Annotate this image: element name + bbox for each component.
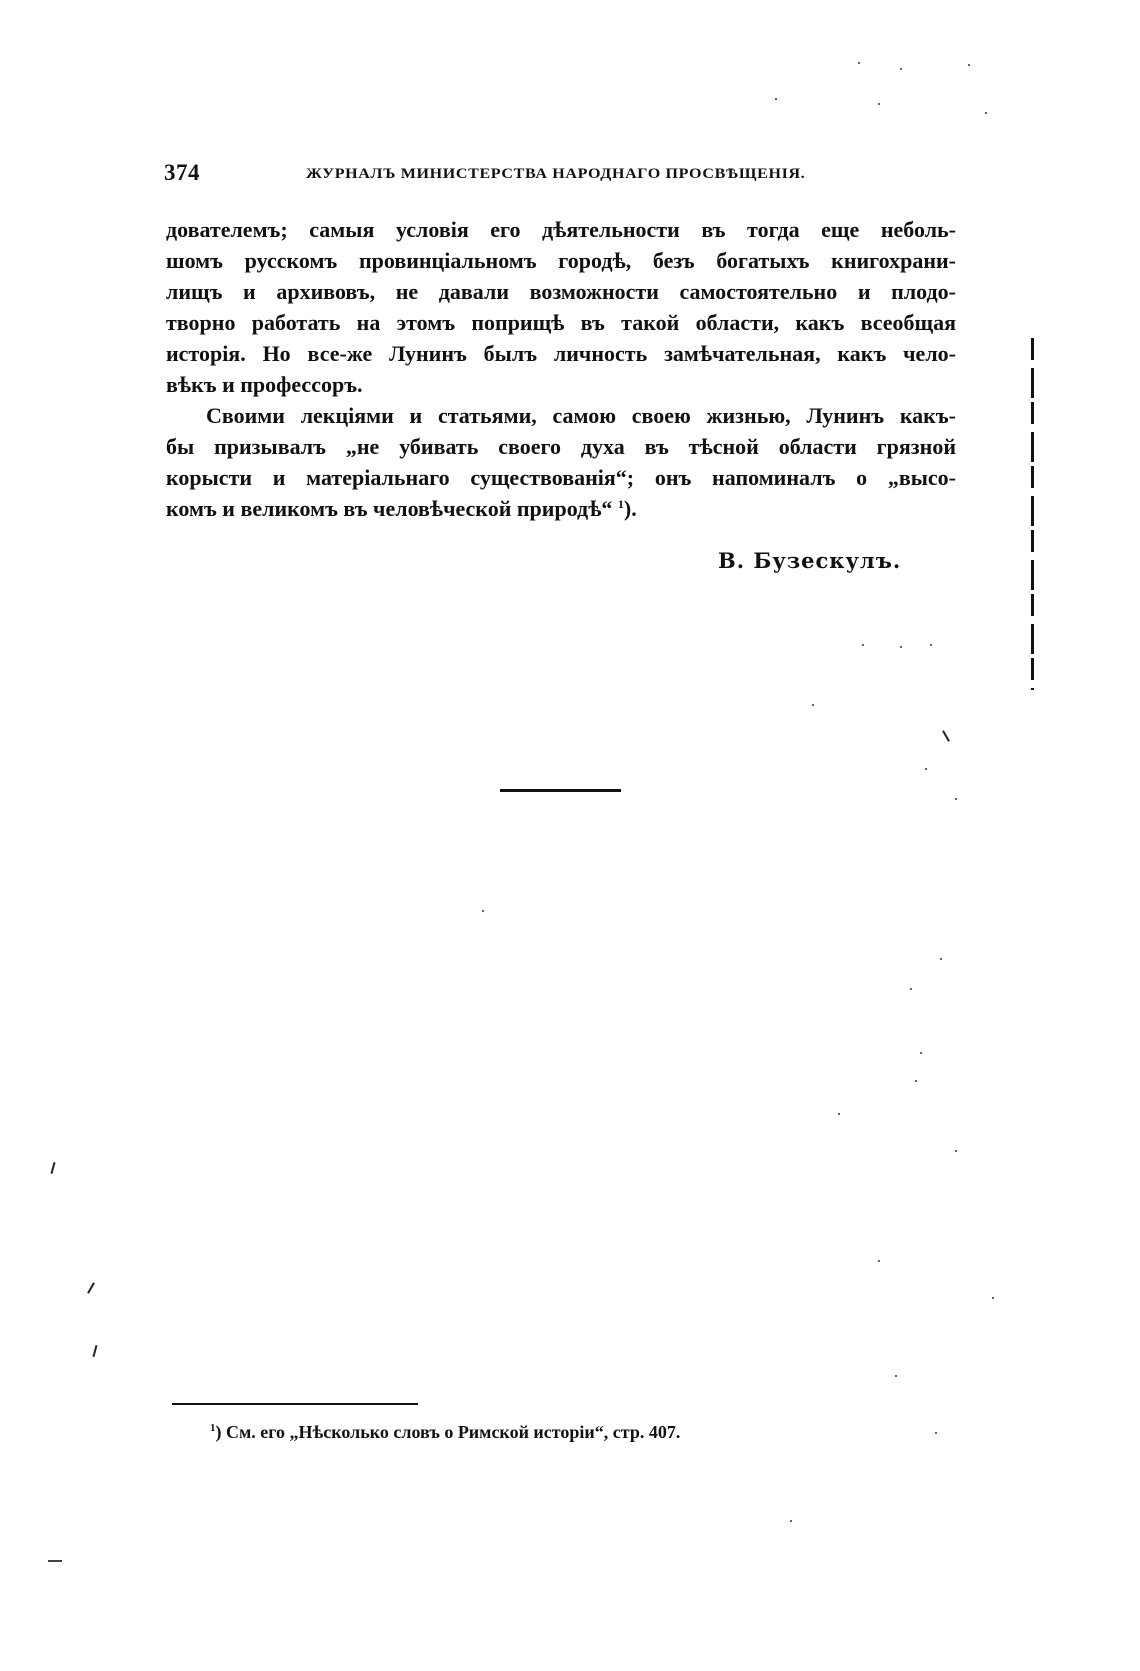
speck — [878, 103, 880, 105]
speck — [895, 1375, 897, 1377]
speck — [87, 1282, 95, 1293]
speck — [48, 1560, 62, 1562]
running-title: ЖУРНАЛЪ МИНИСТЕРСТВА НАРОДНАГО ПРОСВѢЩЕН… — [306, 166, 805, 183]
speck — [862, 644, 864, 646]
text-line: бы призывалъ „не убивать своего духа въ … — [166, 431, 956, 462]
speck — [858, 62, 860, 64]
page-number: 374 — [164, 160, 200, 186]
footnote-divider — [172, 1403, 418, 1405]
text-line: Своими лекціями и статьями, самою своею … — [166, 400, 956, 431]
speck — [920, 1052, 922, 1054]
speck — [910, 988, 912, 990]
running-header: 374 ЖУРНАЛЪ МИНИСТЕРСТВА НАРОДНАГО ПРОСВ… — [164, 160, 954, 190]
text-line: шомъ русскомъ провинціальномъ городѣ, бе… — [166, 245, 956, 276]
speck — [940, 958, 942, 960]
speck — [900, 68, 902, 70]
speck — [775, 98, 777, 100]
speck — [812, 704, 814, 706]
speck — [900, 646, 902, 648]
speck — [930, 644, 932, 646]
speck — [790, 1520, 792, 1522]
text-line: дователемъ; самыя условія его дѣятельнос… — [166, 214, 956, 245]
section-divider — [500, 789, 621, 792]
footnote-text: ) См. его „Нѣсколько словъ о Римской ист… — [216, 1422, 681, 1442]
speck — [955, 1150, 957, 1152]
speck — [942, 730, 950, 741]
speck — [985, 112, 987, 114]
speck — [838, 1113, 840, 1115]
body-text: дователемъ; самыя условія его дѣятельнос… — [166, 214, 956, 524]
speck — [925, 768, 927, 770]
text-line: вѣкъ и профессоръ. — [166, 369, 956, 400]
text-line: комъ и великомъ въ человѣческой природѣ“ — [166, 496, 618, 521]
speck — [955, 798, 957, 800]
author-signature: В. Бузескулъ. — [718, 548, 901, 573]
closing-punctuation: ). — [624, 496, 637, 521]
text-line: исторія. Но все-же Лунинъ былъ личность … — [166, 338, 956, 369]
scan-margin-line — [1031, 338, 1034, 690]
speck — [92, 1345, 97, 1357]
footnote: 1) См. его „Нѣсколько словъ о Римской ис… — [210, 1422, 680, 1443]
speck — [992, 1297, 994, 1299]
speck — [50, 1162, 55, 1174]
speck — [915, 1080, 917, 1082]
speck — [482, 910, 484, 912]
speck — [968, 64, 970, 66]
speck — [935, 1432, 937, 1434]
text-line: корысти и матеріальнаго существованія“; … — [166, 462, 956, 493]
text-line: творно работать на этомъ поприщѣ въ тако… — [166, 307, 956, 338]
text-line: лищъ и архивовъ, не давали возможности с… — [166, 276, 956, 307]
speck — [878, 1260, 880, 1262]
text-line-final: комъ и великомъ въ человѣческой природѣ“… — [166, 493, 956, 524]
